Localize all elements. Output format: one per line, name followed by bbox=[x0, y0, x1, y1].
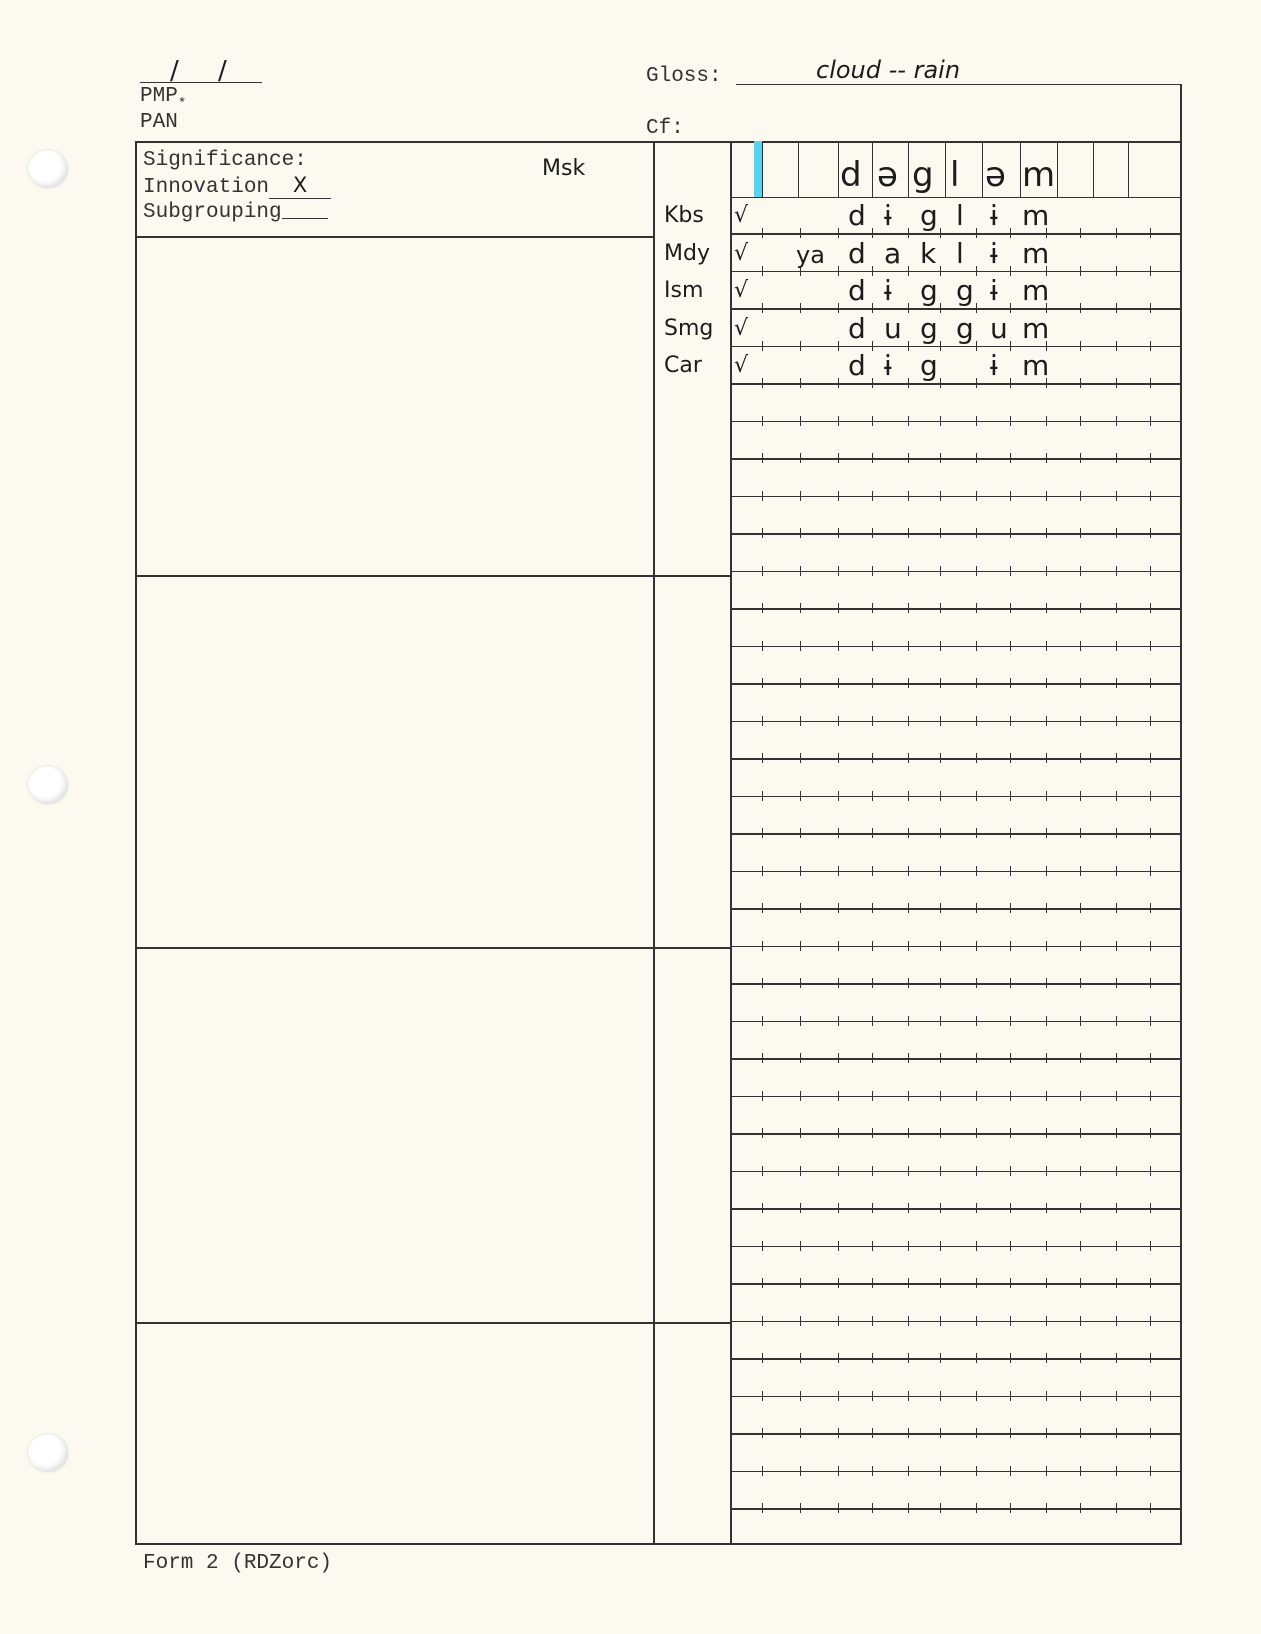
ruled-tick bbox=[838, 866, 839, 876]
reflex-segment: ɨ bbox=[884, 274, 892, 307]
reconstruction-segment: g bbox=[912, 155, 934, 195]
ruled-tick bbox=[800, 491, 801, 501]
ruled-tick bbox=[762, 566, 763, 576]
ruled-tick bbox=[1150, 491, 1151, 501]
ruled-tick bbox=[1150, 453, 1151, 463]
header-cell-divider bbox=[762, 141, 763, 197]
ruled-tick bbox=[872, 266, 873, 276]
ruled-line bbox=[730, 1396, 1181, 1398]
ruled-tick bbox=[1080, 303, 1081, 313]
ruled-tick bbox=[1046, 1316, 1047, 1326]
ruled-tick bbox=[976, 1428, 977, 1438]
ruled-tick bbox=[1010, 1466, 1011, 1476]
ruled-tick bbox=[762, 378, 763, 388]
date-field: / / bbox=[140, 56, 262, 83]
ruled-line bbox=[730, 833, 1181, 835]
ruled-tick bbox=[1046, 828, 1047, 838]
ruled-tick bbox=[872, 491, 873, 501]
ruled-tick bbox=[1116, 1241, 1117, 1251]
ruled-tick bbox=[976, 641, 977, 651]
ruled-tick bbox=[976, 1503, 977, 1513]
ruled-tick bbox=[940, 1316, 941, 1326]
ruled-tick bbox=[976, 228, 977, 238]
ruled-tick bbox=[908, 266, 909, 276]
ruled-tick bbox=[838, 228, 839, 238]
check-mark: √ bbox=[734, 353, 748, 378]
ruled-line bbox=[730, 496, 1181, 498]
form-label: Form 2 (RDZorc) bbox=[143, 1553, 332, 1574]
ruled-tick bbox=[1080, 1353, 1081, 1363]
reflex-segment: g bbox=[956, 274, 974, 307]
ruled-tick bbox=[872, 941, 873, 951]
language-label: Smg bbox=[664, 316, 713, 341]
ruled-tick bbox=[800, 341, 801, 351]
ruled-tick bbox=[1010, 1203, 1011, 1213]
ruled-tick bbox=[1046, 566, 1047, 576]
ruled-tick bbox=[800, 753, 801, 763]
highlight-mark bbox=[754, 141, 762, 197]
ruled-line bbox=[730, 571, 1181, 573]
ruled-tick bbox=[800, 828, 801, 838]
ruled-tick bbox=[908, 1353, 909, 1363]
ruled-tick bbox=[1046, 1091, 1047, 1101]
ruled-tick bbox=[800, 1428, 801, 1438]
ruled-tick bbox=[1046, 753, 1047, 763]
ruled-tick bbox=[1010, 566, 1011, 576]
ruled-tick bbox=[1080, 378, 1081, 388]
ruled-tick bbox=[800, 978, 801, 988]
ruled-tick bbox=[940, 1391, 941, 1401]
section-divider bbox=[135, 1322, 731, 1324]
reflex-segment: ɨ bbox=[990, 274, 998, 307]
ruled-line bbox=[730, 383, 1181, 385]
ruled-tick bbox=[838, 1503, 839, 1513]
header-cell-divider bbox=[1093, 141, 1094, 197]
ruled-tick bbox=[908, 1053, 909, 1063]
ruled-tick bbox=[800, 1466, 801, 1476]
ruled-tick bbox=[908, 566, 909, 576]
ruled-tick bbox=[762, 641, 763, 651]
ruled-tick bbox=[800, 528, 801, 538]
ruled-tick bbox=[1116, 941, 1117, 951]
check-mark: √ bbox=[734, 241, 748, 266]
ruled-tick bbox=[1116, 1053, 1117, 1063]
ruled-tick bbox=[762, 1241, 763, 1251]
ruled-tick bbox=[1010, 528, 1011, 538]
ruled-tick bbox=[872, 1053, 873, 1063]
ruled-tick bbox=[1010, 416, 1011, 426]
ruled-tick bbox=[872, 1091, 873, 1101]
ruled-tick bbox=[800, 1391, 801, 1401]
ruled-tick bbox=[838, 716, 839, 726]
ruled-tick bbox=[1010, 1241, 1011, 1251]
reconstruction-segment: l bbox=[950, 155, 959, 195]
ruled-tick bbox=[872, 753, 873, 763]
ruled-tick bbox=[1010, 791, 1011, 801]
ruled-line bbox=[730, 908, 1181, 910]
binder-hole bbox=[28, 766, 68, 804]
ruled-tick bbox=[800, 716, 801, 726]
ruled-tick bbox=[976, 716, 977, 726]
ruled-tick bbox=[1116, 1128, 1117, 1138]
ruled-tick bbox=[838, 1278, 839, 1288]
ruled-tick bbox=[908, 416, 909, 426]
frame-line bbox=[1180, 84, 1182, 142]
ruled-tick bbox=[1010, 303, 1011, 313]
ruled-tick bbox=[940, 1278, 941, 1288]
ruled-tick bbox=[800, 903, 801, 913]
header-cell-divider bbox=[908, 141, 909, 197]
ruled-tick bbox=[762, 1053, 763, 1063]
ruled-line bbox=[730, 1246, 1181, 1248]
ruled-tick bbox=[976, 453, 977, 463]
ruled-tick bbox=[1150, 1316, 1151, 1326]
ruled-tick bbox=[800, 1203, 801, 1213]
ruled-tick bbox=[940, 1428, 941, 1438]
ruled-tick bbox=[1116, 1316, 1117, 1326]
significance-title: Significance: bbox=[143, 148, 331, 173]
section-divider bbox=[135, 575, 731, 577]
ruled-tick bbox=[838, 1091, 839, 1101]
ruled-tick bbox=[1080, 341, 1081, 351]
ruled-tick bbox=[1080, 491, 1081, 501]
ruled-tick bbox=[1150, 1278, 1151, 1288]
ruled-tick bbox=[976, 866, 977, 876]
ruled-tick bbox=[762, 528, 763, 538]
ruled-tick bbox=[976, 1466, 977, 1476]
ruled-line bbox=[730, 458, 1181, 460]
ruled-tick bbox=[1046, 1203, 1047, 1213]
ruled-tick bbox=[762, 1466, 763, 1476]
ruled-tick bbox=[976, 678, 977, 688]
ruled-tick bbox=[1010, 1503, 1011, 1513]
ruled-tick bbox=[872, 528, 873, 538]
ruled-tick bbox=[1010, 453, 1011, 463]
ruled-tick bbox=[762, 791, 763, 801]
ruled-tick bbox=[838, 641, 839, 651]
ruled-tick bbox=[1080, 1128, 1081, 1138]
ruled-tick bbox=[762, 1016, 763, 1026]
ruled-tick bbox=[1116, 528, 1117, 538]
ruled-tick bbox=[762, 341, 763, 351]
ruled-tick bbox=[908, 1428, 909, 1438]
ruled-tick bbox=[940, 1203, 941, 1213]
header-cell-divider bbox=[1128, 141, 1129, 197]
ruled-tick bbox=[838, 603, 839, 613]
ruled-tick bbox=[908, 1278, 909, 1288]
ruled-tick bbox=[908, 1503, 909, 1513]
ruled-tick bbox=[1010, 1128, 1011, 1138]
ruled-tick bbox=[908, 866, 909, 876]
ruled-tick bbox=[1046, 528, 1047, 538]
ruled-tick bbox=[762, 903, 763, 913]
ruled-tick bbox=[1116, 266, 1117, 276]
reflex-segment: ɨ bbox=[884, 199, 892, 232]
ruled-tick bbox=[1080, 1503, 1081, 1513]
ruled-tick bbox=[762, 753, 763, 763]
pmp-label: PMP* bbox=[140, 86, 186, 111]
ruled-tick bbox=[838, 1016, 839, 1026]
ruled-tick bbox=[800, 1316, 801, 1326]
frame-left bbox=[135, 141, 137, 1544]
ruled-tick bbox=[908, 1166, 909, 1176]
ruled-tick bbox=[1116, 1353, 1117, 1363]
ruled-tick bbox=[1116, 566, 1117, 576]
ruled-tick bbox=[940, 941, 941, 951]
ruled-tick bbox=[908, 678, 909, 688]
ruled-tick bbox=[976, 903, 977, 913]
ruled-tick bbox=[1010, 716, 1011, 726]
ruled-tick bbox=[940, 1503, 941, 1513]
ruled-tick bbox=[908, 1203, 909, 1213]
ruled-tick bbox=[800, 303, 801, 313]
ruled-line bbox=[730, 646, 1181, 648]
ruled-tick bbox=[872, 603, 873, 613]
ruled-tick bbox=[838, 1391, 839, 1401]
ruled-tick bbox=[838, 791, 839, 801]
ruled-tick bbox=[1080, 828, 1081, 838]
ruled-tick bbox=[872, 1128, 873, 1138]
ruled-tick bbox=[940, 303, 941, 313]
ruled-tick bbox=[1150, 1053, 1151, 1063]
ruled-tick bbox=[1080, 678, 1081, 688]
ruled-tick bbox=[1010, 903, 1011, 913]
ruled-tick bbox=[1080, 603, 1081, 613]
ruled-tick bbox=[976, 416, 977, 426]
ruled-tick bbox=[872, 1353, 873, 1363]
subgrouping-value bbox=[282, 200, 328, 219]
ruled-tick bbox=[872, 1241, 873, 1251]
ruled-tick bbox=[1010, 1353, 1011, 1363]
ruled-tick bbox=[762, 1353, 763, 1363]
ruled-tick bbox=[872, 566, 873, 576]
ruled-tick bbox=[908, 641, 909, 651]
ruled-tick bbox=[1080, 1016, 1081, 1026]
ruled-tick bbox=[838, 566, 839, 576]
gloss-value: cloud -- rain bbox=[816, 56, 960, 84]
ruled-tick bbox=[1046, 1466, 1047, 1476]
ruled-tick bbox=[838, 978, 839, 988]
ruled-tick bbox=[800, 1278, 801, 1288]
ruled-line bbox=[730, 983, 1181, 985]
ruled-tick bbox=[838, 941, 839, 951]
ruled-tick bbox=[1116, 603, 1117, 613]
ruled-tick bbox=[940, 228, 941, 238]
ruled-line bbox=[730, 308, 1181, 310]
ruled-tick bbox=[762, 491, 763, 501]
ruled-tick bbox=[908, 1016, 909, 1026]
language-label: Mdy bbox=[664, 241, 710, 266]
ruled-tick bbox=[1150, 753, 1151, 763]
ruled-tick bbox=[1010, 1053, 1011, 1063]
ruled-tick bbox=[1080, 941, 1081, 951]
ruled-tick bbox=[940, 1053, 941, 1063]
ruled-tick bbox=[976, 1053, 977, 1063]
ruled-tick bbox=[872, 678, 873, 688]
ruled-tick bbox=[1116, 1166, 1117, 1176]
ruled-tick bbox=[800, 866, 801, 876]
ruled-tick bbox=[940, 566, 941, 576]
ruled-tick bbox=[1116, 678, 1117, 688]
ruled-tick bbox=[940, 978, 941, 988]
ruled-tick bbox=[1150, 1353, 1151, 1363]
ruled-tick bbox=[1080, 791, 1081, 801]
ruled-tick bbox=[838, 1316, 839, 1326]
ruled-tick bbox=[872, 1503, 873, 1513]
ruled-tick bbox=[908, 528, 909, 538]
reconstruction-header: dəgləm bbox=[730, 141, 1181, 198]
ruled-tick bbox=[908, 341, 909, 351]
subgrouping-row: Subgrouping bbox=[143, 200, 331, 225]
ruled-tick bbox=[908, 978, 909, 988]
ruled-tick bbox=[872, 641, 873, 651]
ruled-tick bbox=[872, 1316, 873, 1326]
ruled-tick bbox=[1046, 1353, 1047, 1363]
section-divider bbox=[135, 947, 731, 949]
innovation-row: InnovationX bbox=[143, 173, 331, 200]
ruled-tick bbox=[976, 378, 977, 388]
reflex-segment: l bbox=[956, 237, 964, 270]
ruled-tick bbox=[908, 303, 909, 313]
ruled-line bbox=[730, 1133, 1181, 1135]
ruled-tick bbox=[1080, 1166, 1081, 1176]
ruled-tick bbox=[908, 603, 909, 613]
ruled-tick bbox=[1150, 303, 1151, 313]
ruled-tick bbox=[976, 1316, 977, 1326]
ruled-tick bbox=[1046, 716, 1047, 726]
ruled-tick bbox=[1116, 303, 1117, 313]
ruled-tick bbox=[1010, 828, 1011, 838]
ruled-line bbox=[730, 796, 1181, 798]
ruled-tick bbox=[976, 341, 977, 351]
ruled-tick bbox=[872, 978, 873, 988]
ruled-line bbox=[730, 1508, 1181, 1510]
ruled-line bbox=[730, 1433, 1181, 1435]
ruled-tick bbox=[1010, 978, 1011, 988]
ruled-tick bbox=[940, 716, 941, 726]
ruled-tick bbox=[800, 1353, 801, 1363]
header-cell-divider bbox=[838, 141, 839, 197]
ruled-tick bbox=[1080, 266, 1081, 276]
ruled-tick bbox=[872, 1466, 873, 1476]
ruled-tick bbox=[1116, 1391, 1117, 1401]
ruled-tick bbox=[1046, 866, 1047, 876]
ruled-tick bbox=[1116, 1091, 1117, 1101]
ruled-line bbox=[730, 1358, 1181, 1360]
ruled-tick bbox=[940, 1016, 941, 1026]
ruled-tick bbox=[940, 1166, 941, 1176]
ruled-tick bbox=[1010, 753, 1011, 763]
ruled-tick bbox=[976, 303, 977, 313]
ruled-tick bbox=[800, 1128, 801, 1138]
ruled-tick bbox=[908, 228, 909, 238]
prefix-segment: ya bbox=[796, 241, 825, 269]
ruled-tick bbox=[838, 1241, 839, 1251]
ruled-line bbox=[730, 1058, 1181, 1060]
ruled-tick bbox=[762, 1316, 763, 1326]
ruled-tick bbox=[872, 453, 873, 463]
ruled-tick bbox=[1080, 416, 1081, 426]
ruled-line bbox=[730, 721, 1181, 723]
date-slash: / bbox=[170, 56, 179, 86]
reflex-segment: m bbox=[1022, 349, 1049, 382]
check-mark: √ bbox=[734, 203, 748, 228]
ruled-tick bbox=[1046, 1241, 1047, 1251]
ruled-tick bbox=[1150, 1166, 1151, 1176]
ruled-tick bbox=[908, 1128, 909, 1138]
ruled-tick bbox=[838, 1166, 839, 1176]
ruled-tick bbox=[1150, 228, 1151, 238]
ruled-tick bbox=[908, 941, 909, 951]
ruled-tick bbox=[976, 1091, 977, 1101]
ruled-line bbox=[730, 1096, 1181, 1098]
reconstruction-segment: ə bbox=[985, 155, 1006, 195]
ruled-tick bbox=[976, 978, 977, 988]
ruled-tick bbox=[872, 866, 873, 876]
ruled-tick bbox=[872, 1278, 873, 1288]
ruled-tick bbox=[1150, 1241, 1151, 1251]
ruled-tick bbox=[762, 1278, 763, 1288]
ruled-tick bbox=[1010, 228, 1011, 238]
reflex-segment: g bbox=[920, 274, 938, 307]
date-slash: / bbox=[218, 56, 227, 86]
ruled-tick bbox=[1046, 1053, 1047, 1063]
ruled-tick bbox=[908, 1391, 909, 1401]
ruled-tick bbox=[940, 1353, 941, 1363]
ruled-tick bbox=[1150, 378, 1151, 388]
header-cell-divider bbox=[945, 141, 946, 197]
ruled-line bbox=[730, 233, 1181, 235]
ruled-tick bbox=[762, 678, 763, 688]
ruled-tick bbox=[1150, 566, 1151, 576]
significance-note: Msk bbox=[542, 156, 585, 181]
ruled-tick bbox=[1046, 603, 1047, 613]
reflex-segment: l bbox=[956, 199, 964, 232]
ruled-tick bbox=[872, 416, 873, 426]
significance-block: Significance: InnovationX Subgrouping bbox=[143, 148, 331, 225]
ruled-tick bbox=[1116, 453, 1117, 463]
ruled-tick bbox=[1080, 978, 1081, 988]
ruled-tick bbox=[976, 1391, 977, 1401]
ruled-tick bbox=[1010, 1391, 1011, 1401]
ruled-tick bbox=[800, 1016, 801, 1026]
ruled-tick bbox=[1080, 866, 1081, 876]
ruled-tick bbox=[1010, 378, 1011, 388]
ruled-tick bbox=[1150, 1466, 1151, 1476]
ruled-tick bbox=[940, 866, 941, 876]
reflex-segment: a bbox=[884, 237, 901, 270]
ruled-tick bbox=[940, 528, 941, 538]
ruled-tick bbox=[1080, 1241, 1081, 1251]
ruled-tick bbox=[976, 566, 977, 576]
ruled-tick bbox=[976, 828, 977, 838]
ruled-tick bbox=[838, 1466, 839, 1476]
ruled-tick bbox=[940, 791, 941, 801]
ruled-line bbox=[730, 1208, 1181, 1210]
ruled-line bbox=[730, 683, 1181, 685]
language-label: Ism bbox=[664, 278, 703, 303]
reflex-segment: u bbox=[990, 312, 1008, 345]
ruled-tick bbox=[1010, 1316, 1011, 1326]
reconstruction-segment: m bbox=[1022, 155, 1055, 195]
ruled-tick bbox=[872, 828, 873, 838]
ruled-tick bbox=[940, 678, 941, 688]
ruled-tick bbox=[940, 1466, 941, 1476]
ruled-tick bbox=[940, 603, 941, 613]
ruled-tick bbox=[1150, 903, 1151, 913]
ruled-tick bbox=[940, 1128, 941, 1138]
ruled-tick bbox=[1046, 1503, 1047, 1513]
